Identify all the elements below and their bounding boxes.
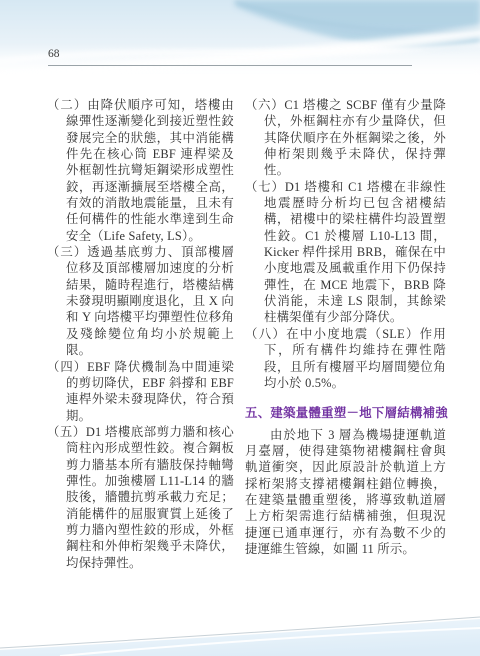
item-marker: （三） bbox=[47, 245, 87, 259]
document-page: 68 （二）由降伏順序可知，塔樓由線彈性逐漸變化到接近塑性鉸發展完全的狀態，其中… bbox=[0, 0, 480, 656]
item-marker: （四） bbox=[47, 360, 87, 374]
header-rule bbox=[48, 65, 412, 66]
left-column: （二）由降伏順序可知，塔樓由線彈性逐漸變化到接近塑性鉸發展完全的狀態，其中消能構… bbox=[47, 97, 234, 571]
item-marker: （六） bbox=[245, 98, 284, 112]
body-paragraph: 由於地下 3 層為機場捷運軌道月臺層，使得建築物裙樓鋼柱會與軌道衝突，因此原設計… bbox=[245, 427, 446, 558]
list-item-6: （六）C1 塔樓之 SCBF 僅有少量降伏，外框鋼柱亦有少量降伏，但其降伏順序在… bbox=[245, 97, 446, 179]
page-number: 68 bbox=[48, 48, 60, 60]
header-wave-decoration bbox=[0, 0, 480, 96]
item-marker: （七） bbox=[245, 180, 285, 194]
item-text: 在中小度地震（SLE）作用下，所有構件均維持在彈性階段，且所有樓層平均層間變位角… bbox=[264, 327, 446, 390]
list-item-2: （二）由降伏順序可知，塔樓由線彈性逐漸變化到接近塑性鉸發展完全的狀態，其中消能構… bbox=[47, 97, 234, 244]
footer-wave-decoration bbox=[0, 596, 480, 656]
item-text: 由降伏順序可知，塔樓由線彈性逐漸變化到接近塑性鉸發展完全的狀態，其中消能構件先在… bbox=[66, 98, 234, 243]
header-wave-graphic bbox=[0, 0, 480, 96]
list-item-8: （八）在中小度地震（SLE）作用下，所有構件均維持在彈性階段，且所有樓層平均層間… bbox=[245, 326, 446, 391]
item-text: D1 塔樓和 C1 塔樓在非線性地震歷時分析均已包含裙樓結構，裙樓中的梁柱構件均… bbox=[264, 180, 446, 325]
footer-wave-graphic bbox=[0, 596, 480, 656]
right-column: （六）C1 塔樓之 SCBF 僅有少量降伏，外框鋼柱亦有少量降伏，但其降伏順序在… bbox=[245, 97, 446, 557]
item-marker: （五） bbox=[47, 425, 86, 439]
item-text: EBF 降伏機制為中間連梁的剪切降伏，EBF 斜撐和 EBF 連桿外梁未發現降伏… bbox=[66, 360, 234, 423]
item-text: D1 塔樓底部剪力牆和核心筒柱內形成塑性鉸。複合鋼板剪力牆基本所有牆肢保持軸彎彈… bbox=[66, 425, 234, 570]
list-item-3: （三）透過基底剪力、頂部樓層位移及頂部樓層加速度的分析結果，隨時程進行，塔樓結構… bbox=[47, 244, 234, 358]
list-item-4: （四）EBF 降伏機制為中間連梁的剪切降伏，EBF 斜撐和 EBF 連桿外梁未發… bbox=[47, 359, 234, 424]
section-heading: 五、建築量體重塑－地下層結構補強 bbox=[245, 405, 446, 421]
item-marker: （二） bbox=[47, 98, 87, 112]
item-marker: （八） bbox=[245, 327, 286, 341]
item-text: 透過基底剪力、頂部樓層位移及頂部樓層加速度的分析結果，隨時程進行，塔樓結構未發現… bbox=[66, 245, 234, 357]
item-text: C1 塔樓之 SCBF 僅有少量降伏，外框鋼柱亦有少量降伏，但其降伏順序在外框鋼… bbox=[264, 98, 446, 177]
list-item-7: （七）D1 塔樓和 C1 塔樓在非線性地震歷時分析均已包含裙樓結構，裙樓中的梁柱… bbox=[245, 179, 446, 326]
list-item-5: （五）D1 塔樓底部剪力牆和核心筒柱內形成塑性鉸。複合鋼板剪力牆基本所有牆肢保持… bbox=[47, 424, 234, 571]
